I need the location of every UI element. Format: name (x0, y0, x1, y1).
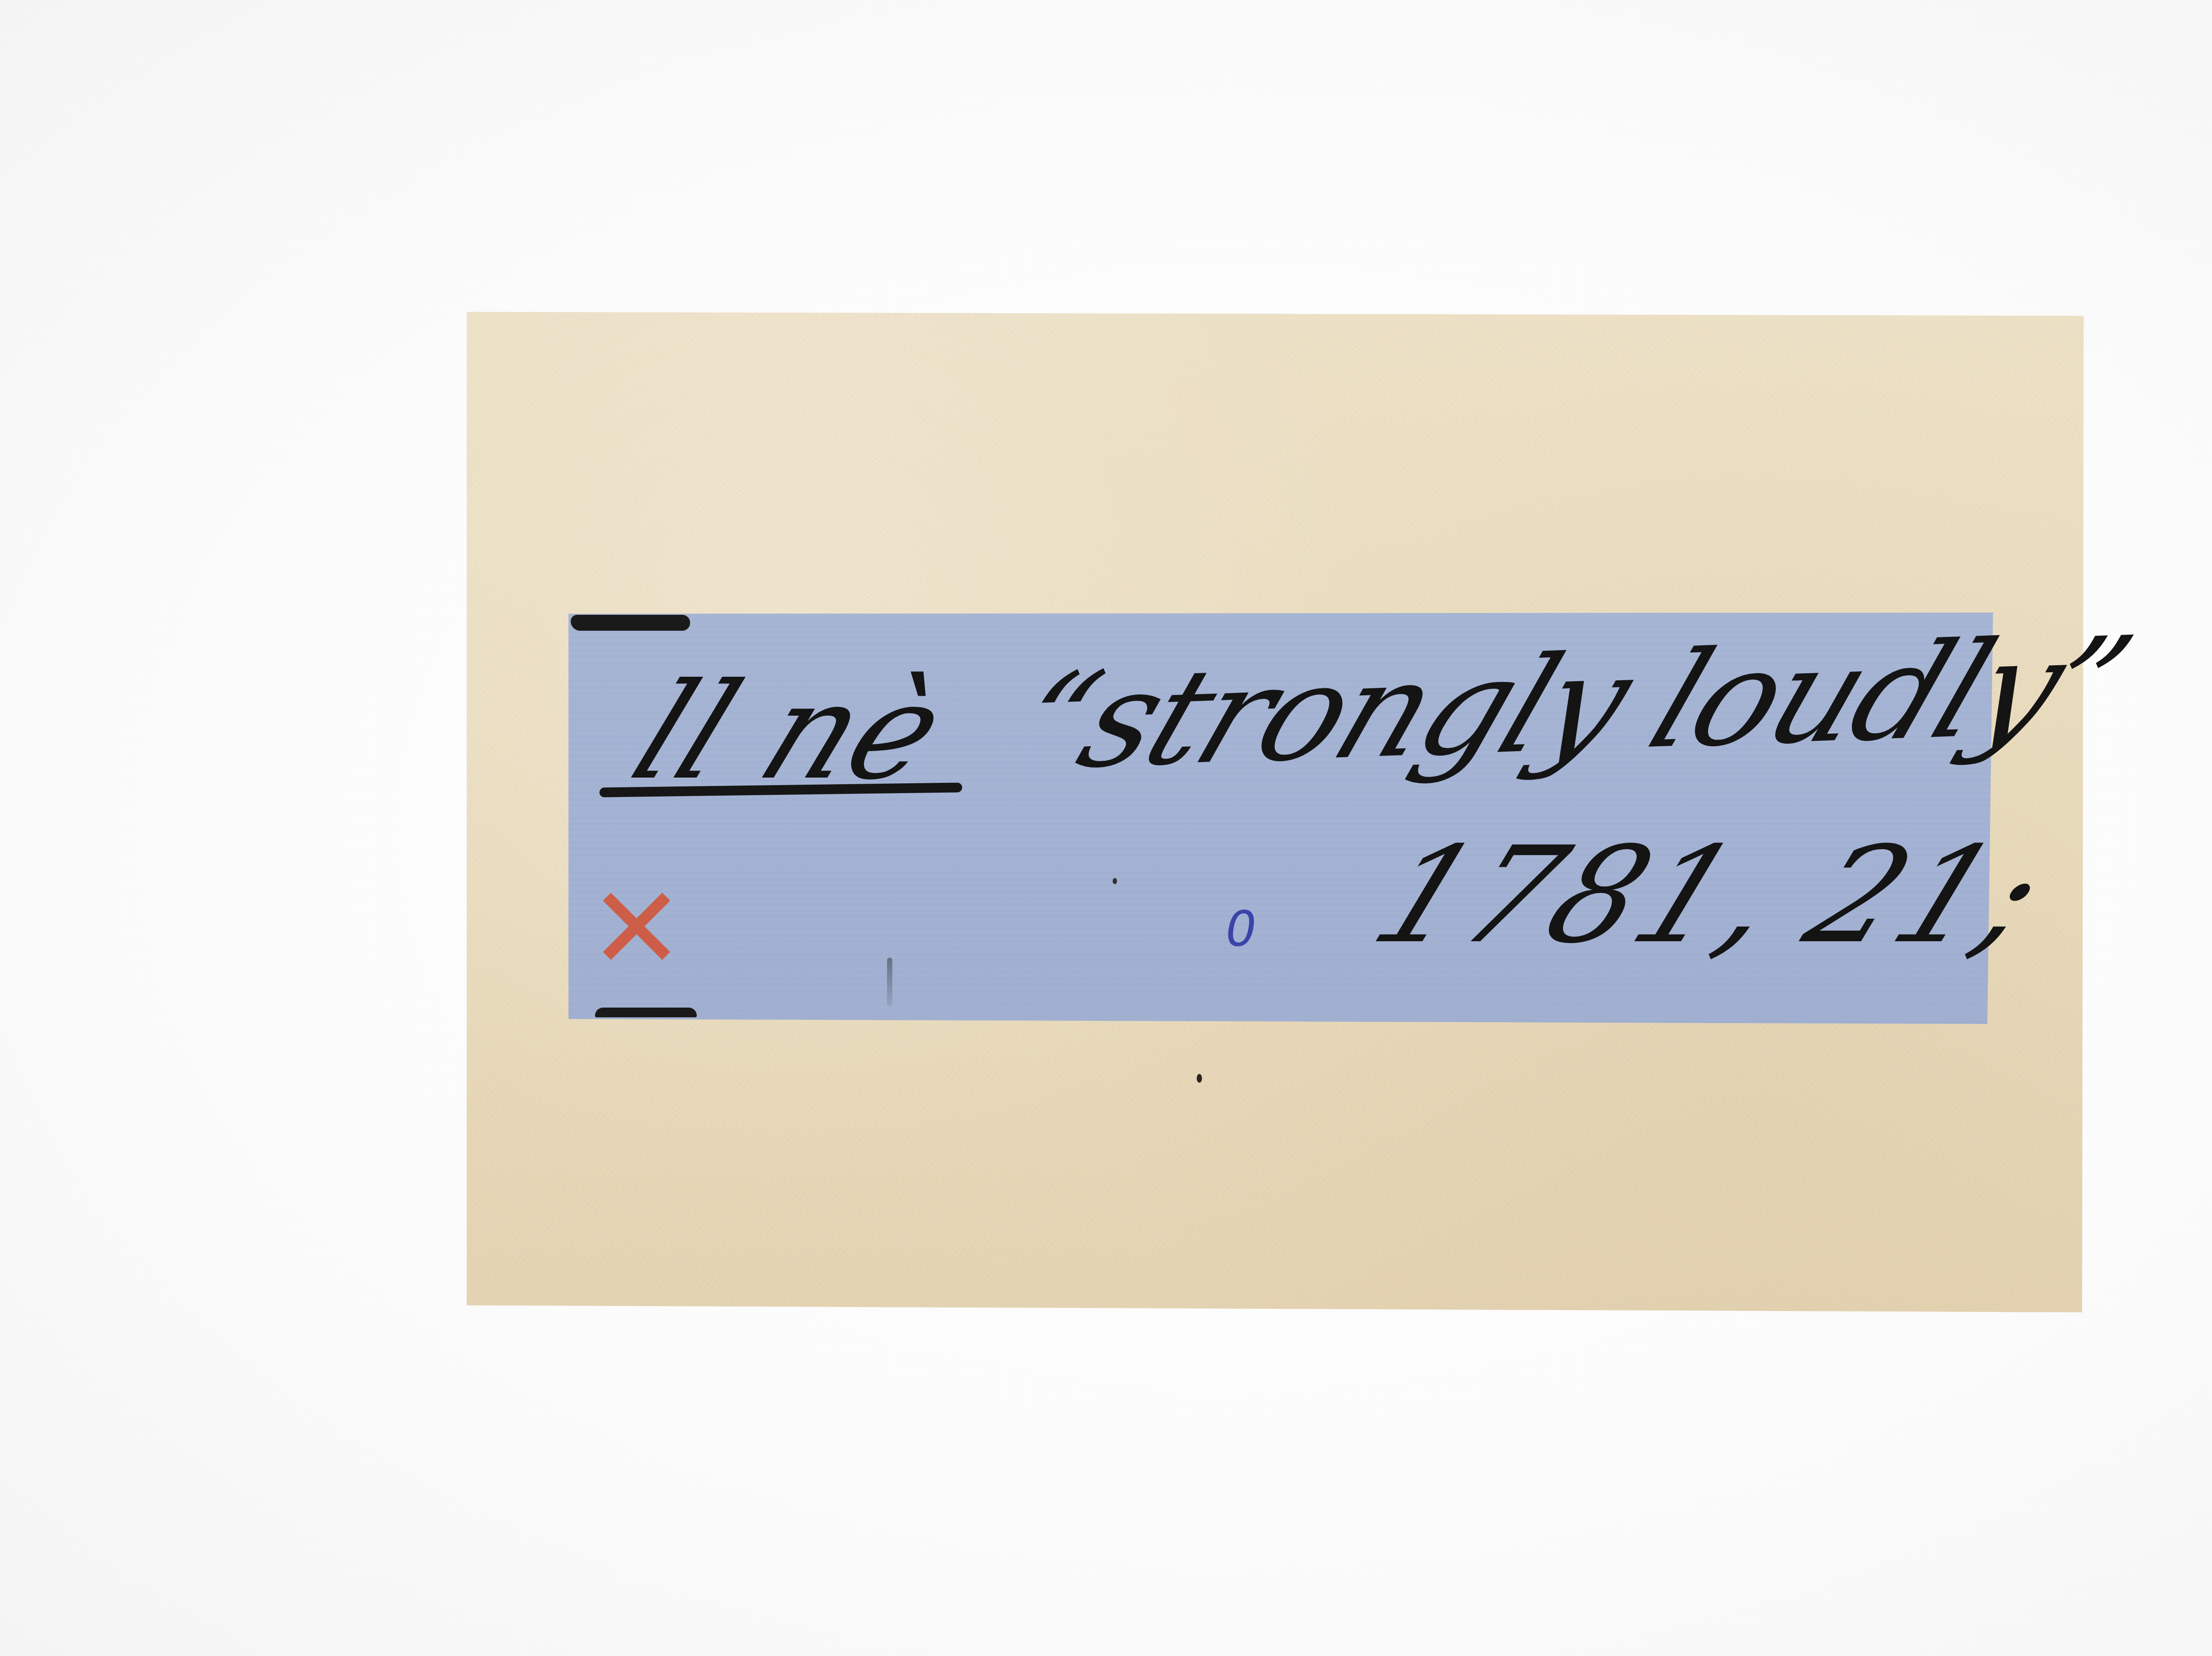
handwritten-reference-number: 1781, 21; (1354, 818, 2068, 973)
ink-dash-bottom-left (595, 1008, 697, 1017)
red-cross-mark-icon: ✕ (588, 871, 685, 986)
pencil-smudge (887, 958, 892, 1006)
ink-dash-top-left (571, 615, 690, 631)
ink-speck (1113, 878, 1117, 884)
ink-dot (1197, 1074, 1202, 1083)
